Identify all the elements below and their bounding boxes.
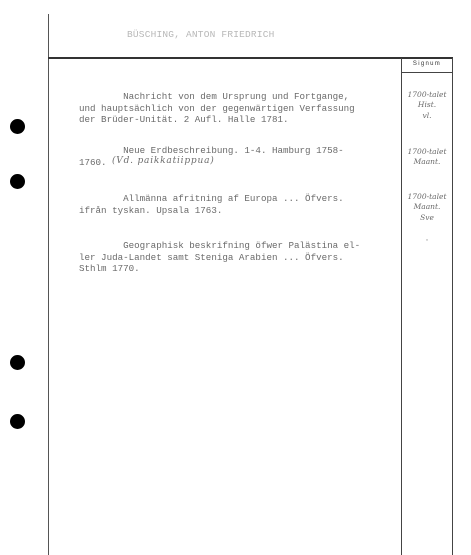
signum-column-left-rule bbox=[401, 58, 402, 555]
entry-4-line-3: Sthlm 1770. bbox=[79, 263, 140, 275]
entry-2-line-1: Neue Erdbeschreibung. 1-4. Hamburg 1758- bbox=[79, 145, 344, 157]
entry-4-signum-ditto: " bbox=[401, 238, 453, 248]
author-heading: BÜSCHING, ANTON FRIEDRICH bbox=[127, 29, 275, 40]
catalog-card: Signum BÜSCHING, ANTON FRIEDRICH Nachric… bbox=[0, 0, 471, 555]
entry-3-signum-3: Sve bbox=[401, 213, 453, 223]
entry-2-signum-1: 1700-talet bbox=[401, 147, 453, 157]
punch-hole bbox=[10, 355, 25, 370]
entry-1-line-3: der Brüder-Unität. 2 Aufl. Halle 1781. bbox=[79, 114, 289, 126]
entry-1-signum-2: Hist. bbox=[401, 100, 453, 110]
entry-3-signum-1: 1700-talet bbox=[401, 192, 453, 202]
left-margin-rule bbox=[48, 14, 49, 555]
entry-3-line-1: Allmänna afritning af Europa ... Öfvers. bbox=[79, 193, 344, 205]
entry-4-line-2: ler Juda-Landet samt Steniga Arabien ...… bbox=[79, 252, 344, 264]
punch-hole bbox=[10, 174, 25, 189]
header-rule bbox=[48, 57, 453, 59]
entry-2-line-2: 1760. bbox=[79, 157, 107, 169]
entry-1-line-2: und hauptsächlich von der gegenwärtigen … bbox=[79, 103, 355, 115]
signum-header-rule bbox=[401, 72, 453, 73]
entry-4-line-1: Geographisk beskrifning öfwer Palästina … bbox=[79, 240, 360, 252]
signum-column-label: Signum bbox=[402, 61, 452, 67]
entry-1-signum-3: vl. bbox=[401, 111, 453, 121]
punch-hole bbox=[10, 414, 25, 429]
entry-1-line-1: Nachricht von dem Ursprung und Fortgange… bbox=[79, 91, 349, 103]
entry-3-signum-2: Maant. bbox=[401, 202, 453, 212]
entry-3-line-2: ifrån tyskan. Upsala 1763. bbox=[79, 205, 222, 217]
entry-1-signum-1: 1700-talet bbox=[401, 90, 453, 100]
entry-2-signum-2: Maant. bbox=[401, 157, 453, 167]
signum-column-right-rule bbox=[452, 58, 453, 555]
entry-2-handwritten-note: (Vd. paikkatiippua) bbox=[112, 156, 215, 166]
punch-hole bbox=[10, 119, 25, 134]
